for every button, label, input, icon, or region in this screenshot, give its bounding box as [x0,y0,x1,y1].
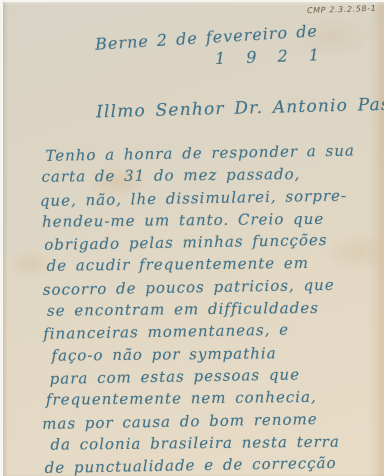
letter-body: Tenho a honra de responder a suacarta de… [39,140,378,476]
letter-scan: CMP 2.3.2.58-1 Berne 2 de fevereiro de 1… [0,0,384,476]
letter-paper: CMP 2.3.2.58-1 Berne 2 de fevereiro de 1… [3,2,384,476]
salutation: Illmo Senhor Dr. Antonio Passos. [96,94,384,123]
archival-code: CMP 2.3.2.58-1 [307,4,377,15]
dateline-year: 1 9 2 1 [215,45,328,68]
